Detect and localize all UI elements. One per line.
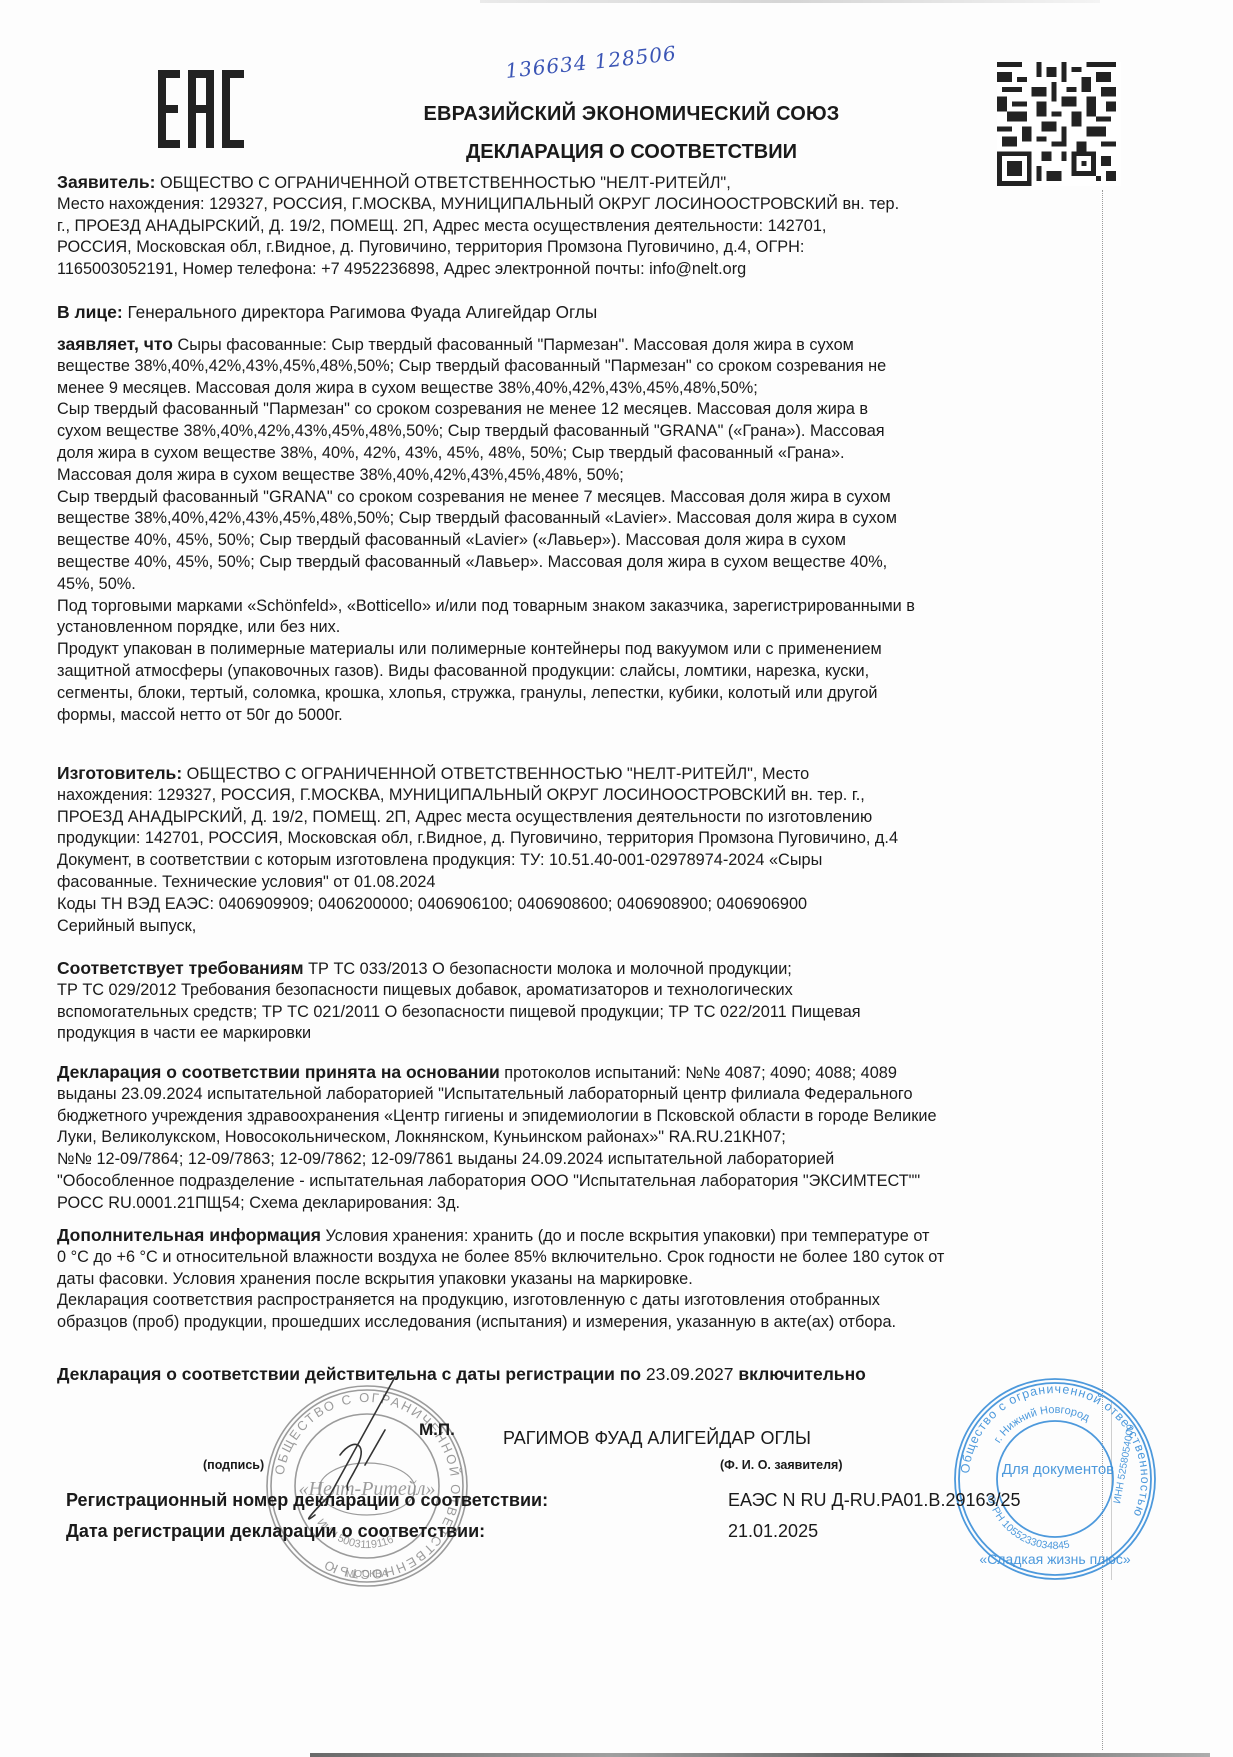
applicant-line: г., ПРОЕЗД АНАДЫРСКИЙ, Д. 19/2, ПОМЕЩ. 2… [57,216,1107,238]
basis-line: "Обособленное подразделение - испытатель… [57,1171,1107,1193]
applicant-name: ОБЩЕСТВО С ОГРАНИЧЕННОЙ ОТВЕТСТВЕННОСТЬЮ… [155,174,730,192]
declaration-page: 136634 128506 ЕВРАЗИЙСКИЙ ЭКОНОМИЧЕСКИЙ … [0,0,1233,1757]
grey-stamp-city: МОСКВА [346,1569,388,1580]
extra-info-line: Декларация соответствия распространяется… [57,1290,1107,1312]
basis-line: протоколов испытаний: №№ 4087; 4090; 408… [500,1064,897,1082]
declares-line: веществе 38%,40%,42%,43%,45%,48%,50%; Сы… [57,508,1107,530]
extra-info-line: 0 °С до +6 °С и относительной влажности … [57,1247,1107,1269]
manufacturer-line: ПРОЕЗД АНАДЫРСКИЙ, Д. 19/2, ПОМЕЩ. 2П, А… [57,807,1107,829]
manufacturer-line: нахождения: 129327, РОССИЯ, Г.МОСКВА, МУ… [57,785,1107,807]
person-section: В лице: Генерального директора Рагимова … [57,302,1107,324]
declares-line: веществе 38%,40%,42%,43%,45%,48%,50%; Сы… [57,356,1107,378]
name-caption: (Ф. И. О. заявителя) [720,1458,843,1472]
manufacturer-line: продукции: 142701, РОССИЯ, Московская об… [57,828,1107,850]
person-value: Генерального директора Рагимова Фуада Ал… [123,302,598,322]
applicant-label: Заявитель: [57,172,155,192]
applicant-section: Заявитель: ОБЩЕСТВО С ОГРАНИЧЕННОЙ ОТВЕТ… [57,172,1107,281]
declares-line: доля жира в сухом веществе 38%, 40%, 42%… [57,443,1107,465]
registration-date-value: 21.01.2025 [728,1521,818,1542]
applicant-line: РОССИЯ, Московская обл, г.Видное, д. Пуг… [57,237,1107,259]
extra-info-line: даты фасовки. Условия хранения после вск… [57,1269,1107,1291]
handwritten-number: 136634 128506 [504,41,678,83]
qr-code-icon [995,62,1123,186]
basis-line: №№ 12-09/7864; 12-09/7863; 12-09/7862; 1… [57,1149,1107,1171]
signer-name: РАГИМОВ ФУАД АЛИГЕЙДАР ОГЛЫ [503,1428,811,1449]
blue-stamp-center-text: Для документов [1002,1461,1114,1478]
declares-section: заявляет, что Сыры фасованные: Сыр тверд… [57,334,1107,726]
complies-line: ТР ТС 029/2012 Требования безопасности п… [57,980,1107,1002]
manufacturer-line: фасованные. Технические условия" от 01.0… [57,872,1107,894]
basis-line: Луки, Великолукском, Новосокольническом,… [57,1127,1107,1149]
declares-line: сухом веществе 38%,40%,42%,43%,45%,48%,5… [57,421,1107,443]
declares-line: менее 9 месяцев. Массовая доля жира в су… [57,378,1107,400]
complies-line: ТР ТС 033/2013 О безопасности молока и м… [304,960,792,978]
extra-info-label: Дополнительная информация [57,1225,321,1245]
declares-label: заявляет, что [57,334,173,354]
applicant-line: Место нахождения: 129327, РОССИЯ, Г.МОСК… [57,194,1107,216]
validity-suffix: включительно [733,1364,865,1384]
seal-place-label: М.П. [419,1420,455,1440]
applicant-line: 1165003052191, Номер телефона: +7 495223… [57,259,1107,281]
declares-line: Под торговыми марками «Schönfeld», «Bott… [57,596,1107,618]
declares-line: сегменты, блоки, тертый, соломка, крошка… [57,683,1107,705]
basis-section: Декларация о соответствии принята на осн… [57,1062,1107,1215]
basis-label: Декларация о соответствии принята на осн… [57,1062,500,1082]
extra-info-section: Дополнительная информация Условия хранен… [57,1225,1107,1334]
declares-line: веществе 40%, 45%, 50%; Сыр твердый фасо… [57,552,1107,574]
blue-stamp-name: «Сладкая жизнь плюс» [979,1551,1130,1567]
partner-seal-stamp: Общество с ограниченной ответственностью… [950,1374,1160,1584]
complies-line: вспомогательных средств; ТР ТС 021/2011 … [57,1002,1107,1024]
basis-line: бюджетного учреждения здравоохранения «Ц… [57,1106,1107,1128]
registration-number-value: ЕАЭС N RU Д-RU.PA01.B.29163/25 [728,1490,1021,1511]
complies-label: Соответствует требованиям [57,958,304,978]
manufacturer-line: ОБЩЕСТВО С ОГРАНИЧЕННОЙ ОТВЕТСТВЕННОСТЬЮ… [182,765,809,783]
declares-line: Массовая доля жира в сухом веществе 38%,… [57,465,1107,487]
declares-line: Сыр твердый фасованный "Пармезан" со сро… [57,399,1107,421]
person-label: В лице: [57,302,123,322]
basis-line: РОСС RU.0001.21ПЩ54; Схема декларировани… [57,1193,1107,1215]
manufacturer-label: Изготовитель: [57,763,182,783]
declares-line: веществе 40%, 45%, 50%; Сыр твердый фасо… [57,530,1107,552]
scan-artifact-top [480,0,1100,3]
blue-stamp-inn: ИНН 5258054000 [1112,1423,1137,1504]
declares-line: Сыр твердый фасованный "GRANA" со сроком… [57,487,1107,509]
extra-info-line: образцов (проб) продукции, прошедших исс… [57,1312,1107,1334]
extra-info-line: Условия хранения: хранить (до и после вс… [321,1227,930,1245]
complies-section: Соответствует требованиям ТР ТС 033/2013… [57,958,1107,1045]
declares-line: формы, массой нетто от 50г до 5000г. [57,705,1107,727]
declares-line: Сыры фасованные: Сыр твердый фасованный … [173,336,854,354]
declares-line: установленном порядке, или без них. [57,617,1107,639]
registration-number-label: Регистрационный номер декларации о соотв… [66,1490,548,1511]
declares-line: 45%, 50%. [57,574,1107,596]
complies-line: продукция в части ее маркировки [57,1023,1107,1045]
manufacturer-line: Коды ТН ВЭД ЕАЭС: 0406909909; 0406200000… [57,894,1107,916]
registration-date-label: Дата регистрации декларации о соответств… [66,1521,485,1542]
validity-date: 23.09.2027 [646,1364,734,1384]
signature-caption: (подпись) [203,1458,264,1472]
basis-line: выданы 23.09.2024 испытательной лаборато… [57,1084,1107,1106]
manufacturer-section: Изготовитель: ОБЩЕСТВО С ОГРАНИЧЕННОЙ ОТ… [57,763,1107,937]
declares-line: Продукт упакован в полимерные материалы … [57,639,1107,661]
declares-line: защитной атмосферы (упаковочных газов). … [57,661,1107,683]
scan-artifact-bottom [310,1753,1210,1757]
manufacturer-line: Документ, в соответствии с которым изгот… [57,850,1107,872]
manufacturer-line: Серийный выпуск, [57,916,1107,938]
